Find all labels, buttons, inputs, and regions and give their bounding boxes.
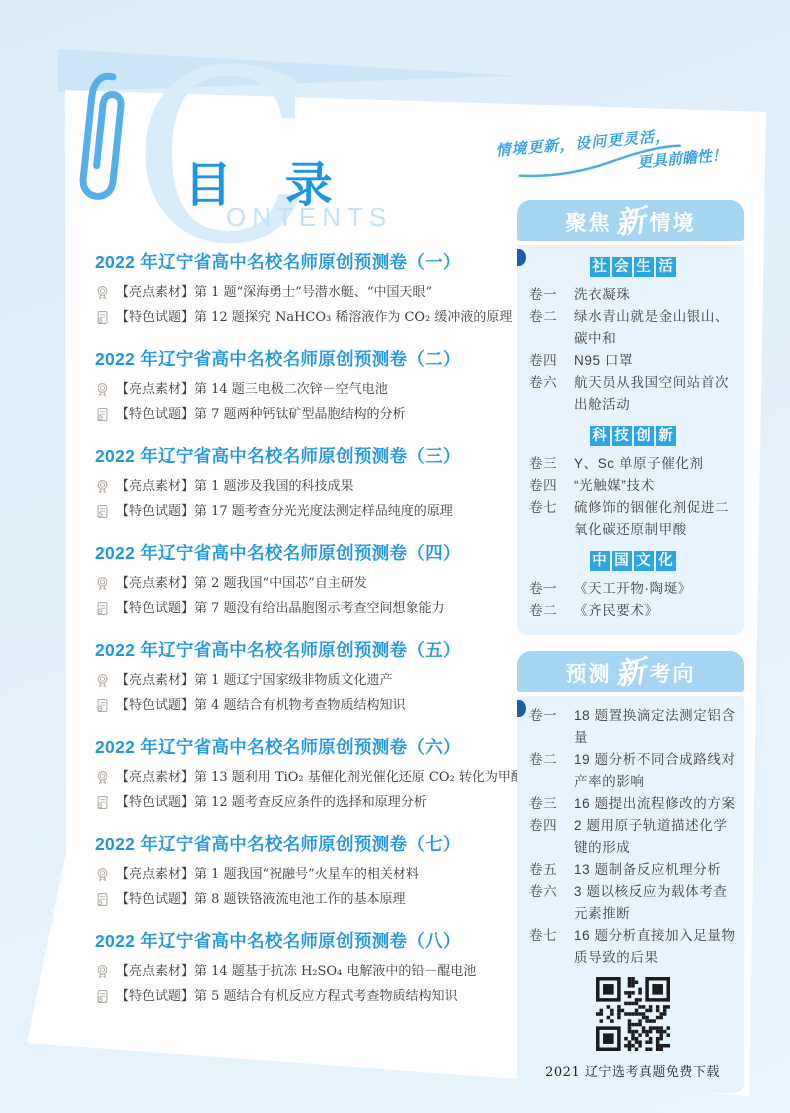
sidebar-item-label: 卷二 [529, 306, 565, 350]
focus-title-script-char: 新 [613, 200, 649, 244]
sidebar-item: 卷七 16 题分析直接加入足量物质导致的后果 [529, 925, 736, 969]
toc-section: 2022 年辽宁省高中名校名师原创预测卷（四） 【亮点素材】第 2 题我国“中国… [95, 543, 500, 618]
badge-char: 社 [590, 257, 610, 277]
sidebar-item: 卷六 3 题以核反应为载体考查元素推断 [529, 881, 736, 925]
qr-code [596, 977, 670, 1051]
toc-section-title: 2022 年辽宁省高中名校名师原创预测卷（二） [95, 349, 500, 369]
toc-section: 2022 年辽宁省高中名校名师原创预测卷（一） 【亮点素材】第 1 题“深海勇士… [95, 252, 500, 327]
focus-title-part: 情境 [650, 212, 696, 235]
sidebar-item-text: 航天员从我国空间站首次出舱活动 [574, 372, 736, 416]
sidebar-item-label: 卷七 [529, 497, 565, 541]
sidebar-category-group: 科技创新 卷三 Y、Sc 单原子催化剂 卷四 “光触媒”技术 卷七 硫修饰的铟催… [529, 426, 736, 541]
toc-item: 【亮点素材】第 1 题“深海勇士”号潜水艇、“中国天眼” [95, 283, 500, 302]
sidebar-item: 卷四 N95 口罩 [529, 350, 736, 372]
toc-item: 【特色试题】第 7 题没有给出晶胞图示考查空间想象能力 [95, 599, 500, 618]
toc-item-text: 【亮点素材】第 1 题辽宁国家级非物质文化遗产 [116, 671, 393, 690]
sidebar-category-group: 社会生活 卷一 洗衣凝珠 卷二 绿水青山就是金山银山、碳中和 卷四 N95 口罩… [529, 257, 736, 416]
toc-item: 【亮点素材】第 13 题利用 TiO₂ 基催化剂光催化还原 CO₂ 转化为甲醇 [95, 768, 500, 787]
sidebar-item-text: 3 题以核反应为载体考查元素推断 [574, 881, 736, 925]
sidebar-category-group: 中国文化 卷一 《天工开物·陶埏》 卷二 《齐民要术》 [529, 551, 736, 622]
badge-char: 新 [656, 426, 676, 446]
sidebar-item-label: 卷一 [529, 705, 565, 749]
medal-icon [95, 382, 110, 397]
medal-icon [95, 964, 110, 979]
doc-icon [95, 795, 110, 810]
badge-char: 技 [612, 426, 632, 446]
toc-item: 【特色试题】第 17 题考查分光光度法测定样品纯度的原理 [95, 502, 500, 521]
sidebar: 聚焦新情境 社会生活 卷一 洗衣凝珠 卷二 绿水青山就是金山银山、碳中和 卷四 … [517, 200, 744, 1093]
predict-box: 预测新考向 卷一 18 题置换滴定法测定铝含量 卷二 19 题分析不同合成路线对… [517, 651, 744, 1093]
doc-icon [95, 698, 110, 713]
sidebar-item-text: 洗衣凝珠 [574, 284, 736, 306]
sidebar-item-text: 《齐民要术》 [574, 600, 736, 622]
toc-item: 【特色试题】第 7 题两种钙钛矿型晶胞结构的分析 [95, 405, 500, 424]
sidebar-item-label: 卷五 [529, 859, 565, 881]
doc-icon [95, 407, 110, 422]
medal-icon [95, 770, 110, 785]
toc-section: 2022 年辽宁省高中名校名师原创预测卷（三） 【亮点素材】第 1 题涉及我国的… [95, 446, 500, 521]
sidebar-item-text: 《天工开物·陶埏》 [574, 578, 736, 600]
toc-item: 【亮点素材】第 1 题我国“祝融号”火星车的相关材料 [95, 865, 500, 884]
sidebar-item-label: 卷六 [529, 372, 565, 416]
toc-section-title: 2022 年辽宁省高中名校名师原创预测卷（七） [95, 834, 500, 854]
toc-item: 【特色试题】第 12 题探究 NaHCO₃ 稀溶液作为 CO₂ 缓冲液的原理 [95, 308, 500, 327]
toc-section-title: 2022 年辽宁省高中名校名师原创预测卷（六） [95, 737, 500, 757]
focus-box-body: 社会生活 卷一 洗衣凝珠 卷二 绿水青山就是金山银山、碳中和 卷四 N95 口罩… [517, 245, 744, 635]
sidebar-item-label: 卷三 [529, 793, 565, 815]
toc-item-text: 【亮点素材】第 1 题“深海勇士”号潜水艇、“中国天眼” [116, 283, 432, 302]
sidebar-item-label: 卷三 [529, 453, 565, 475]
toc-item: 【亮点素材】第 2 题我国“中国芯”自主研发 [95, 574, 500, 593]
toc-item-text: 【亮点素材】第 1 题我国“祝融号”火星车的相关材料 [116, 865, 419, 884]
sidebar-item: 卷一 18 题置换滴定法测定铝含量 [529, 705, 736, 749]
sidebar-item-text: Y、Sc 单原子催化剂 [574, 453, 736, 475]
sidebar-item-label: 卷二 [529, 749, 565, 793]
sidebar-item-text: 13 题制备反应机理分析 [574, 859, 736, 881]
toc-section-title: 2022 年辽宁省高中名校名师原创预测卷（一） [95, 252, 500, 272]
focus-title-part: 聚焦 [566, 212, 612, 235]
toc-item-text: 【亮点素材】第 14 题三电极二次锌－空气电池 [116, 380, 388, 399]
toc-item-text: 【特色试题】第 12 题考查反应条件的选择和原理分析 [116, 793, 427, 812]
sidebar-item: 卷一 洗衣凝珠 [529, 284, 736, 306]
toc-section-title: 2022 年辽宁省高中名校名师原创预测卷（八） [95, 931, 500, 951]
badge-char: 创 [634, 426, 654, 446]
sidebar-item: 卷七 硫修饰的铟催化剂促进二氧化碳还原制甲酸 [529, 497, 736, 541]
sidebar-item: 卷三 16 题提出流程修改的方案 [529, 793, 736, 815]
doc-icon [95, 601, 110, 616]
sidebar-item: 卷六 航天员从我国空间站首次出舱活动 [529, 372, 736, 416]
predict-title-part: 预测 [566, 663, 612, 686]
category-badge: 社会生活 [529, 257, 736, 277]
sidebar-item-label: 卷四 [529, 350, 565, 372]
sidebar-item-text: N95 口罩 [574, 350, 736, 372]
predict-box-header: 预测新考向 [517, 651, 744, 692]
sidebar-item: 卷四 “光触媒”技术 [529, 475, 736, 497]
sidebar-item: 卷四 2 题用原子轨道描述化学键的形成 [529, 815, 736, 859]
sidebar-item-label: 卷一 [529, 578, 565, 600]
toc-section: 2022 年辽宁省高中名校名师原创预测卷（五） 【亮点素材】第 1 题辽宁国家级… [95, 640, 500, 715]
sidebar-item: 卷二 《齐民要术》 [529, 600, 736, 622]
sidebar-item-label: 卷一 [529, 284, 565, 306]
predict-title-part: 考向 [650, 663, 696, 686]
sidebar-item-text: 2 题用原子轨道描述化学键的形成 [574, 815, 736, 859]
badge-char: 会 [612, 257, 632, 277]
toc-section: 2022 年辽宁省高中名校名师原创预测卷（八） 【亮点素材】第 14 题基于抗冻… [95, 931, 500, 1006]
medal-icon [95, 285, 110, 300]
sidebar-item: 卷二 绿水青山就是金山银山、碳中和 [529, 306, 736, 350]
toc-item-text: 【特色试题】第 8 题铁铬液流电池工作的基本原理 [116, 890, 406, 909]
toc-item-text: 【特色试题】第 4 题结合有机物考查物质结构知识 [116, 696, 406, 715]
toc-item: 【特色试题】第 5 题结合有机反应方程式考查物质结构知识 [95, 987, 500, 1006]
badge-char: 国 [612, 551, 632, 571]
toc: 2022 年辽宁省高中名校名师原创预测卷（一） 【亮点素材】第 1 题“深海勇士… [95, 252, 500, 1028]
toc-item-text: 【特色试题】第 5 题结合有机反应方程式考查物质结构知识 [116, 987, 458, 1006]
page-subtitle: ONTENTS [226, 202, 392, 233]
sidebar-item-label: 卷二 [529, 600, 565, 622]
toc-item-text: 【特色试题】第 7 题没有给出晶胞图示考查空间想象能力 [116, 599, 445, 618]
toc-section-title: 2022 年辽宁省高中名校名师原创预测卷（五） [95, 640, 500, 660]
badge-char: 活 [656, 257, 676, 277]
sidebar-item: 卷五 13 题制备反应机理分析 [529, 859, 736, 881]
medal-icon [95, 867, 110, 882]
badge-char: 科 [590, 426, 610, 446]
medal-icon [95, 673, 110, 688]
category-badge: 科技创新 [529, 426, 736, 446]
badge-char: 生 [634, 257, 654, 277]
sidebar-item-text: 16 题提出流程修改的方案 [574, 793, 736, 815]
sidebar-item-text: “光触媒”技术 [574, 475, 736, 497]
toc-item-text: 【特色试题】第 17 题考查分光光度法测定样品纯度的原理 [116, 502, 453, 521]
medal-icon [95, 479, 110, 494]
sidebar-item-label: 卷六 [529, 881, 565, 925]
sidebar-item-label: 卷四 [529, 475, 565, 497]
toc-item: 【亮点素材】第 1 题涉及我国的科技成果 [95, 477, 500, 496]
toc-item-text: 【特色试题】第 7 题两种钙钛矿型晶胞结构的分析 [116, 405, 406, 424]
toc-section-title: 2022 年辽宁省高中名校名师原创预测卷（四） [95, 543, 500, 563]
medal-icon [95, 576, 110, 591]
qr-caption: 2021 辽宁选考真题免费下载 [529, 1061, 736, 1080]
doc-icon [95, 504, 110, 519]
doc-icon [95, 989, 110, 1004]
category-badge: 中国文化 [529, 551, 736, 571]
toc-item-text: 【亮点素材】第 2 题我国“中国芯”自主研发 [116, 574, 367, 593]
sidebar-item: 卷二 19 题分析不同合成路线对产率的影响 [529, 749, 736, 793]
toc-item: 【特色试题】第 4 题结合有机物考查物质结构知识 [95, 696, 500, 715]
toc-item: 【亮点素材】第 14 题基于抗冻 H₂SO₄ 电解液中的铅－醌电池 [95, 962, 500, 981]
sidebar-item-label: 卷四 [529, 815, 565, 859]
toc-item-text: 【亮点素材】第 1 题涉及我国的科技成果 [116, 477, 354, 496]
sidebar-item: 卷三 Y、Sc 单原子催化剂 [529, 453, 736, 475]
sidebar-item-text: 硫修饰的铟催化剂促进二氧化碳还原制甲酸 [574, 497, 736, 541]
sidebar-item-text: 16 题分析直接加入足量物质导致的后果 [574, 925, 736, 969]
toc-item: 【亮点素材】第 1 题辽宁国家级非物质文化遗产 [95, 671, 500, 690]
predict-box-body: 卷一 18 题置换滴定法测定铝含量 卷二 19 题分析不同合成路线对产率的影响 … [517, 696, 744, 1093]
toc-section-title: 2022 年辽宁省高中名校名师原创预测卷（三） [95, 446, 500, 466]
sidebar-item-label: 卷七 [529, 925, 565, 969]
toc-item: 【特色试题】第 12 题考查反应条件的选择和原理分析 [95, 793, 500, 812]
badge-char: 中 [590, 551, 610, 571]
corner-notch [517, 249, 526, 266]
qr-code-wrap [529, 977, 736, 1056]
doc-icon [95, 310, 110, 325]
sidebar-item-text: 绿水青山就是金山银山、碳中和 [574, 306, 736, 350]
sidebar-item: 卷一 《天工开物·陶埏》 [529, 578, 736, 600]
toc-item: 【特色试题】第 8 题铁铬液流电池工作的基本原理 [95, 890, 500, 909]
toc-section: 2022 年辽宁省高中名校名师原创预测卷（六） 【亮点素材】第 13 题利用 T… [95, 737, 500, 812]
toc-item: 【亮点素材】第 14 题三电极二次锌－空气电池 [95, 380, 500, 399]
badge-char: 文 [634, 551, 654, 571]
page: C 目 录 ONTENTS 情境更新，设问更灵活， 更具前瞻性！ 2022 年辽… [0, 0, 790, 1113]
corner-notch [517, 700, 526, 717]
toc-item-text: 【特色试题】第 12 题探究 NaHCO₃ 稀溶液作为 CO₂ 缓冲液的原理 [116, 308, 512, 327]
toc-section: 2022 年辽宁省高中名校名师原创预测卷（二） 【亮点素材】第 14 题三电极二… [95, 349, 500, 424]
sidebar-item-text: 18 题置换滴定法测定铝含量 [574, 705, 736, 749]
sidebar-item-text: 19 题分析不同合成路线对产率的影响 [574, 749, 736, 793]
focus-box-header: 聚焦新情境 [517, 200, 744, 241]
focus-box: 聚焦新情境 社会生活 卷一 洗衣凝珠 卷二 绿水青山就是金山银山、碳中和 卷四 … [517, 200, 744, 635]
toc-item-text: 【亮点素材】第 14 题基于抗冻 H₂SO₄ 电解液中的铅－醌电池 [116, 962, 476, 981]
toc-item-text: 【亮点素材】第 13 题利用 TiO₂ 基催化剂光催化还原 CO₂ 转化为甲醇 [116, 768, 524, 787]
predict-title-script-char: 新 [613, 651, 649, 695]
doc-icon [95, 892, 110, 907]
badge-char: 化 [656, 551, 676, 571]
toc-section: 2022 年辽宁省高中名校名师原创预测卷（七） 【亮点素材】第 1 题我国“祝融… [95, 834, 500, 909]
